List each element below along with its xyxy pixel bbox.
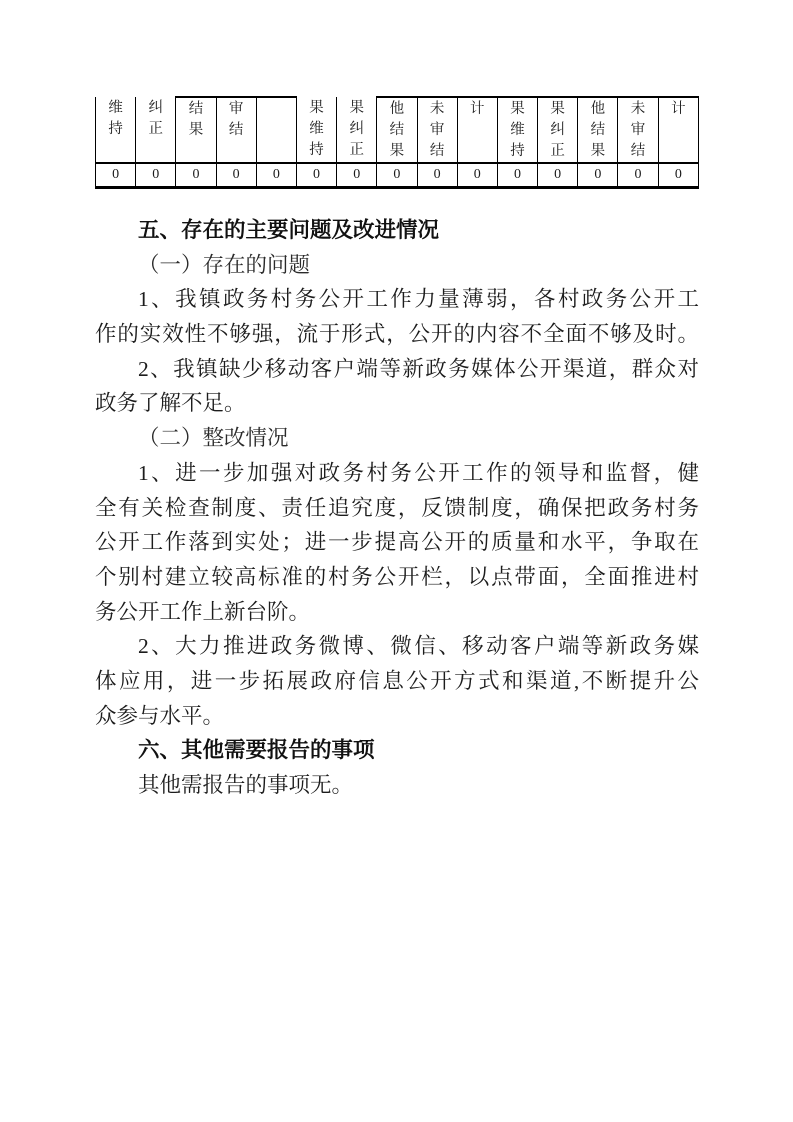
table-value-cell: 0	[337, 163, 377, 188]
table-header-cell: 未 审 结	[417, 97, 457, 163]
table-value-cell: 0	[538, 163, 578, 188]
document-body: 五、存在的主要问题及改进情况（一）存在的问题1、我镇政务村务公开工作力量薄弱，各…	[95, 213, 699, 803]
section-heading: 五、存在的主要问题及改进情况	[95, 213, 699, 248]
table-value-cell: 0	[618, 163, 658, 188]
paragraph-line: 众参与水平。	[95, 699, 699, 734]
statistics-table: 维 持纠 正结 果审 结果 维 持果 纠 正他 结 果未 审 结计果 维 持果 …	[95, 96, 699, 189]
paragraph-line: 2、大力推进政务微博、微信、移动客户端等新政务媒	[95, 629, 699, 664]
table-header-cell: 果 维 持	[296, 97, 336, 163]
paragraph-line: 公开工作落到实处；进一步提高公开的质量和水平，争取在	[95, 525, 699, 560]
table-header-cell: 他 结 果	[578, 97, 618, 163]
table-value-cell: 0	[377, 163, 417, 188]
table-value-cell: 0	[497, 163, 537, 188]
paragraph-line: 作的实效性不够强，流于形式，公开的内容不全面不够及时。	[95, 317, 699, 352]
table-header-cell: 他 结 果	[377, 97, 417, 163]
table-value-cell: 0	[658, 163, 698, 188]
paragraph-line: 务公开工作上新台阶。	[95, 595, 699, 630]
table-value-cell: 0	[176, 163, 216, 188]
table-header-row: 维 持纠 正结 果审 结果 维 持果 纠 正他 结 果未 审 结计果 维 持果 …	[96, 97, 699, 163]
table-value-cell: 0	[417, 163, 457, 188]
table-value-cell: 0	[136, 163, 176, 188]
table-value-cell: 0	[457, 163, 497, 188]
table-header-cell: 果 纠 正	[538, 97, 578, 163]
table-value-cell: 0	[578, 163, 618, 188]
table-header-cell: 审 结	[216, 97, 256, 163]
subsection-heading: （一）存在的问题	[95, 248, 699, 283]
table-header-cell: 果 维 持	[497, 97, 537, 163]
paragraph-line: 个别村建立较高标准的村务公开栏，以点带面，全面推进村	[95, 560, 699, 595]
table-header-cell: 计	[658, 97, 698, 163]
paragraph-line: 1、我镇政务村务公开工作力量薄弱，各村政务公开工	[95, 282, 699, 317]
table-header-cell: 计	[457, 97, 497, 163]
paragraph-line: 其他需报告的事项无。	[95, 768, 699, 803]
table-header-cell: 纠 正	[136, 97, 176, 163]
paragraph-line: 2、我镇缺少移动客户端等新政务媒体公开渠道，群众对	[95, 352, 699, 387]
section-heading: 六、其他需要报告的事项	[95, 733, 699, 768]
paragraph-line: 政务了解不足。	[95, 386, 699, 421]
document-page: 维 持纠 正结 果审 结果 维 持果 纠 正他 结 果未 审 结计果 维 持果 …	[0, 0, 793, 1122]
paragraph-line: 体应用，进一步拓展政府信息公开方式和渠道,不断提升公	[95, 664, 699, 699]
table-header-cell: 未 审 结	[618, 97, 658, 163]
table-value-cell: 0	[96, 163, 136, 188]
table-header-cell: 果 纠 正	[337, 97, 377, 163]
table-value-cell: 0	[256, 163, 296, 188]
table-header-cell: 结 果	[176, 97, 216, 163]
paragraph-line: 1、进一步加强对政务村务公开工作的领导和监督，健	[95, 456, 699, 491]
paragraph-line: 全有关检查制度、责任追究度，反馈制度，确保把政务村务	[95, 491, 699, 526]
table-value-cell: 0	[296, 163, 336, 188]
subsection-heading: （二）整改情况	[95, 421, 699, 456]
table-header-cell	[256, 97, 296, 163]
table-value-cell: 0	[216, 163, 256, 188]
table-value-row: 000000000000000	[96, 163, 699, 188]
table-header-cell: 维 持	[96, 97, 136, 163]
